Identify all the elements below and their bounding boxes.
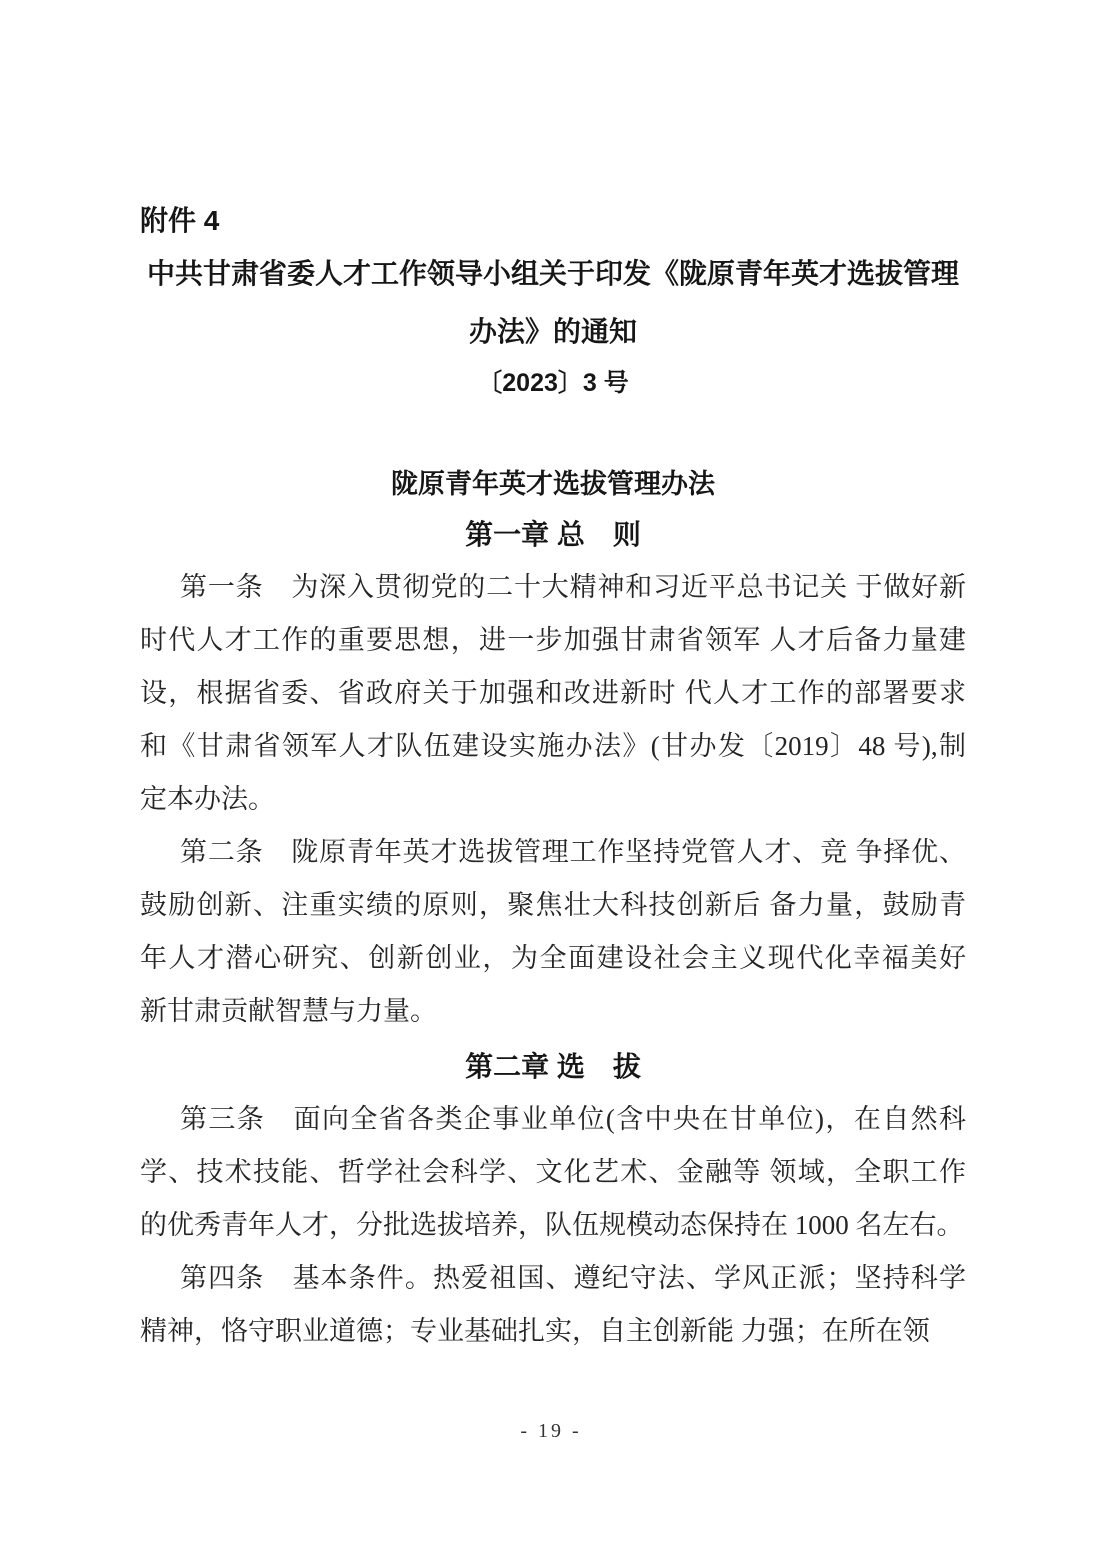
paragraph: 第一条 为深入贯彻党的二十大精神和习近平总书记关 于做好新时代人才工作的重要思想… xyxy=(140,561,966,826)
document-title: 中共甘肃省委人才工作领导小组关于印发《陇原青年英才选拔管理 办法》的通知 xyxy=(140,245,966,361)
document-title-line-1: 中共甘肃省委人才工作领导小组关于印发《陇原青年英才选拔管理 xyxy=(140,245,966,303)
document-body: 第一章 总 则第一条 为深入贯彻党的二十大精神和习近平总书记关 于做好新时代人才… xyxy=(140,508,966,1358)
paragraph-line: 的优秀青年人才，分批选拔培养，队伍规模动态保持在 1000 名左右。 xyxy=(140,1199,966,1252)
paragraph-line: 和《甘肃省领军人才队伍建设实施办法》(甘办发〔2019〕48 号),制 xyxy=(140,720,966,773)
paragraph-line: 第四条 基本条件。热爱祖国、遵纪守法、学风正派；坚持科学 xyxy=(140,1252,966,1305)
paragraph: 第三条 面向全省各类企事业单位(含中央在甘单位)，在自然科学、技术技能、哲学社会… xyxy=(140,1093,966,1252)
document-title-line-2: 办法》的通知 xyxy=(140,303,966,361)
page-number: - 19 - xyxy=(0,1418,1102,1444)
paragraph-line: 精神，恪守职业道德；专业基础扎实，自主创新能 力强；在所在领 xyxy=(140,1305,966,1358)
attachment-label: 附件 4 xyxy=(140,203,966,239)
paragraph-line: 鼓励创新、注重实绩的原则，聚焦壮大科技创新后 备力量，鼓励青 xyxy=(140,879,966,932)
document-page: 附件 4 中共甘肃省委人才工作领导小组关于印发《陇原青年英才选拔管理 办法》的通… xyxy=(0,0,1102,1559)
paragraph-line: 时代人才工作的重要思想，进一步加强甘肃省领军 人才后备力量建 xyxy=(140,614,966,667)
paragraph: 第四条 基本条件。热爱祖国、遵纪守法、学风正派；坚持科学精神，恪守职业道德；专业… xyxy=(140,1252,966,1358)
chapter-heading: 第一章 总 则 xyxy=(140,508,966,561)
document-number: 〔2023〕3 号 xyxy=(140,361,966,405)
regulation-title: 陇原青年英才选拔管理办法 xyxy=(140,462,966,506)
paragraph-line: 新甘肃贡献智慧与力量。 xyxy=(140,985,966,1038)
paragraph-line: 第三条 面向全省各类企事业单位(含中央在甘单位)，在自然科 xyxy=(140,1093,966,1146)
paragraph-line: 第二条 陇原青年英才选拔管理工作坚持党管人才、竞 争择优、 xyxy=(140,826,966,879)
paragraph-line: 第一条 为深入贯彻党的二十大精神和习近平总书记关 于做好新 xyxy=(140,561,966,614)
chapter-heading: 第二章 选 拔 xyxy=(140,1040,966,1093)
paragraph-line: 设，根据省委、省政府关于加强和改进新时 代人才工作的部署要求 xyxy=(140,667,966,720)
document-content: 附件 4 中共甘肃省委人才工作领导小组关于印发《陇原青年英才选拔管理 办法》的通… xyxy=(140,0,966,1358)
paragraph-line: 学、技术技能、哲学社会科学、文化艺术、金融等 领域，全职工作 xyxy=(140,1146,966,1199)
paragraph: 第二条 陇原青年英才选拔管理工作坚持党管人才、竞 争择优、鼓励创新、注重实绩的原… xyxy=(140,826,966,1038)
paragraph-line: 定本办法。 xyxy=(140,773,966,826)
paragraph-line: 年人才潜心研究、创新创业，为全面建设社会主义现代化幸福美好 xyxy=(140,932,966,985)
